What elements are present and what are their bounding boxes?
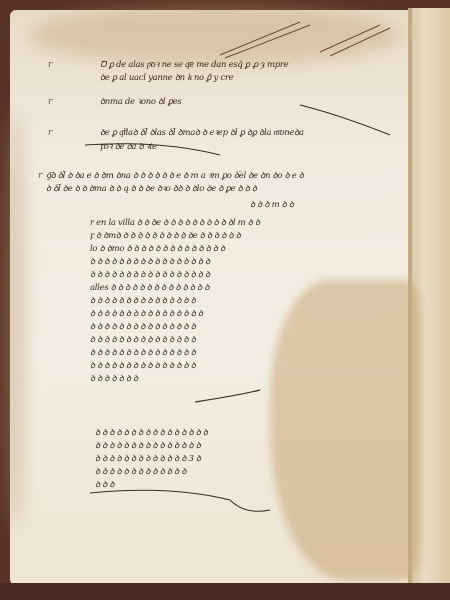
binding-edge [0, 583, 450, 600]
binding-gutter [408, 8, 412, 598]
manuscript-page: r Ꝺ̃ ꝑ de alas p͞oꝛ ne se q͞e me dan esq… [10, 10, 410, 585]
pen-flourishes [10, 10, 410, 585]
